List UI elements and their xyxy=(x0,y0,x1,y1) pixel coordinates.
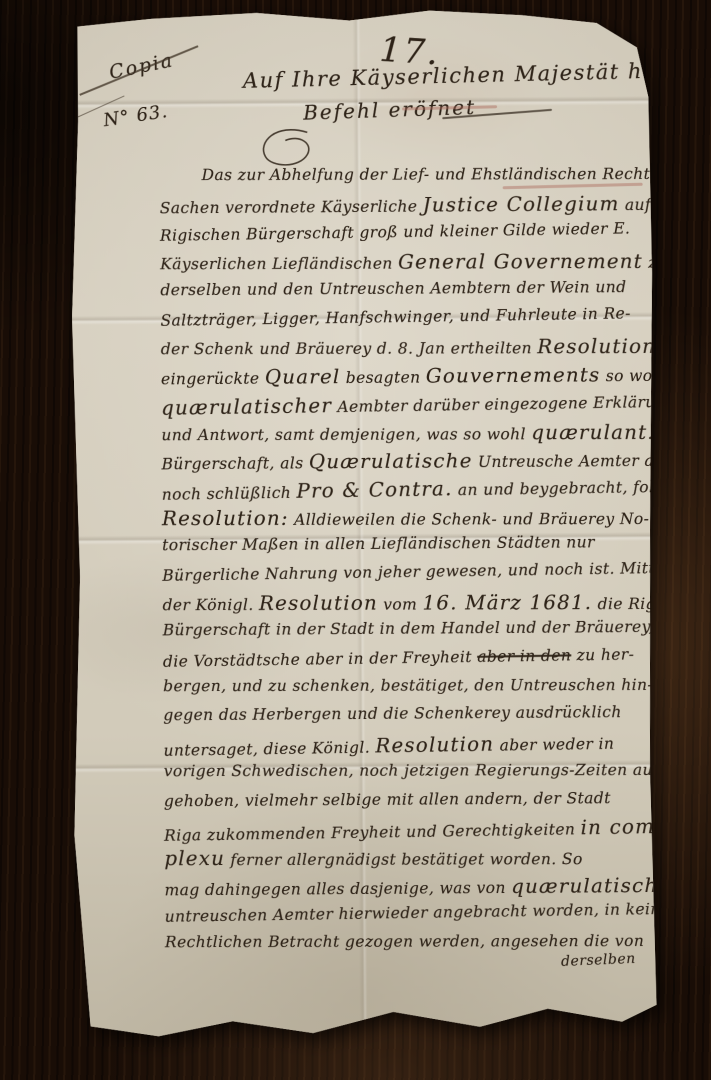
text-segment: Das zur Abhelfung der Lief- und Ehstländ… xyxy=(202,165,665,184)
text-segment: ferner allergnädigst bestätiget worden. … xyxy=(225,850,583,869)
text-segment: untersaget, diese Königl. xyxy=(163,738,375,759)
photo-background: Copia N° 63. 17. Auf Ihre Käyserlichen M… xyxy=(0,0,711,1080)
text-segment: auf der xyxy=(620,196,685,214)
text-segment: der Königl. xyxy=(163,596,259,614)
text-segment: eingerückte xyxy=(161,369,265,388)
manuscript-line: vorigen Schwedischen, noch jetzigen Regi… xyxy=(164,761,711,791)
text-segment: Justice Collegium xyxy=(423,193,620,217)
text-segment: Alldieweilen die Schenk- und Bräuerey No… xyxy=(289,510,649,529)
manuscript-line: plexu ferner allergnädigst bestätiget wo… xyxy=(164,846,711,876)
text-segment: gehoben, vielmehr selbige mit allen ande… xyxy=(164,789,611,810)
text-segment: plexu xyxy=(164,847,225,870)
ink-blot xyxy=(658,270,670,286)
text-segment: zu her- xyxy=(571,645,634,664)
text-segment: Rechtlichen Betracht gezogen werden, ang… xyxy=(165,931,644,950)
text-segment: quærulant. xyxy=(531,420,655,443)
text-segment: Resolution xyxy=(537,335,656,358)
text-segment: quærulatischen xyxy=(511,873,685,897)
text-segment: Bürgerschaft in der Stadt in dem Handel … xyxy=(163,618,654,639)
text-segment: Bürgerschaft, als xyxy=(162,454,309,473)
text-segment: Gouvernements xyxy=(426,363,601,387)
manuscript-paper: Copia N° 63. 17. Auf Ihre Käyserlichen M… xyxy=(46,4,671,1042)
text-segment: derselben und den Untreuschen Aembtern d… xyxy=(160,278,626,299)
manuscript-line: bergen, und zu schenken, bestätiget, den… xyxy=(163,676,711,706)
text-segment: Untreusche Aemter an xyxy=(473,452,665,471)
text-segment: Resolution: xyxy=(162,507,289,530)
text-segment: Resolution xyxy=(375,732,494,757)
manuscript-line: Resolution: Alldieweilen die Schenk- und… xyxy=(162,505,710,535)
text-segment: Käyserlichen Liefländischen xyxy=(160,255,398,274)
text-segment: Quarel xyxy=(265,365,341,389)
text-segment: noch schlüßlich xyxy=(162,484,297,504)
text-segment: und Antwort, samt demjenigen, was so woh… xyxy=(161,425,531,444)
text-segment: zwischen xyxy=(643,254,711,272)
text-segment: gegen das Herbergen und die Schenkerey a… xyxy=(163,704,621,725)
text-segment: quærulatischer xyxy=(161,394,332,420)
paper-sheet-wrap: Copia N° 63. 17. Auf Ihre Käyserlichen M… xyxy=(46,4,671,1042)
body-text: Das zur Abhelfung der Lief- und Ehstländ… xyxy=(160,164,711,963)
manuscript-line: Käyserlichen Liefländischen General Gove… xyxy=(160,250,708,280)
text-segment: so wohl als xyxy=(600,366,697,385)
text-segment: 16. März 1681. xyxy=(422,591,592,614)
manuscript-line: der Königl. Resolution vom 16. März 1681… xyxy=(163,591,711,621)
text-segment: Riga zukommenden Freyheit und Gerechtigk… xyxy=(164,820,581,845)
manuscript-line: und Antwort, samt demjenigen, was so woh… xyxy=(161,420,709,450)
text-segment: Sachen verordnete Käyserliche xyxy=(160,198,423,218)
text-segment: an und beygebracht, folgende xyxy=(452,478,704,500)
text-segment: aber weder in xyxy=(494,734,614,754)
text-segment: torischer Maßen in allen Liefländischen … xyxy=(162,533,595,554)
text-segment: General Governement xyxy=(398,250,643,274)
catchword: derselben xyxy=(561,951,636,970)
text-segment: die Vorstädtsche aber in der Freyheit xyxy=(163,647,478,670)
manuscript-line: der Schenk und Bräuerey d. 8. Jan erthei… xyxy=(161,335,709,365)
text-segment: mag dahingegen alles dasjenige, was von xyxy=(164,879,511,899)
text-segment: Quærulatische xyxy=(309,449,473,473)
text-segment: Aembter darüber eingezogene Erklärung xyxy=(332,393,677,416)
text-segment: die Rigische xyxy=(592,595,698,613)
copia-strike-line xyxy=(79,45,198,95)
text-segment: vom xyxy=(378,595,423,613)
text-segment: in com- xyxy=(580,815,663,839)
text-segment: Resolution xyxy=(259,591,378,614)
text-segment: besagten xyxy=(340,368,426,387)
text-segment: Pro & Contra. xyxy=(296,477,452,502)
text-segment: bergen, und zu schenken, bestätiget, den… xyxy=(163,676,653,695)
text-segment: vorigen Schwedischen, noch jetzigen Regi… xyxy=(164,761,664,780)
initial-flourish xyxy=(255,126,325,170)
struck-text: aber in den xyxy=(477,646,571,665)
heading-line-1: Auf Ihre Käyserlichen Majestät hohen xyxy=(243,58,702,93)
manuscript-line: Das zur Abhelfung der Lief- und Ehstländ… xyxy=(160,165,708,195)
heading-line-2: Befehl eröfnet xyxy=(303,95,477,125)
text-segment: der Schenk und Bräuerey d. 8. Jan erthei… xyxy=(161,340,538,359)
